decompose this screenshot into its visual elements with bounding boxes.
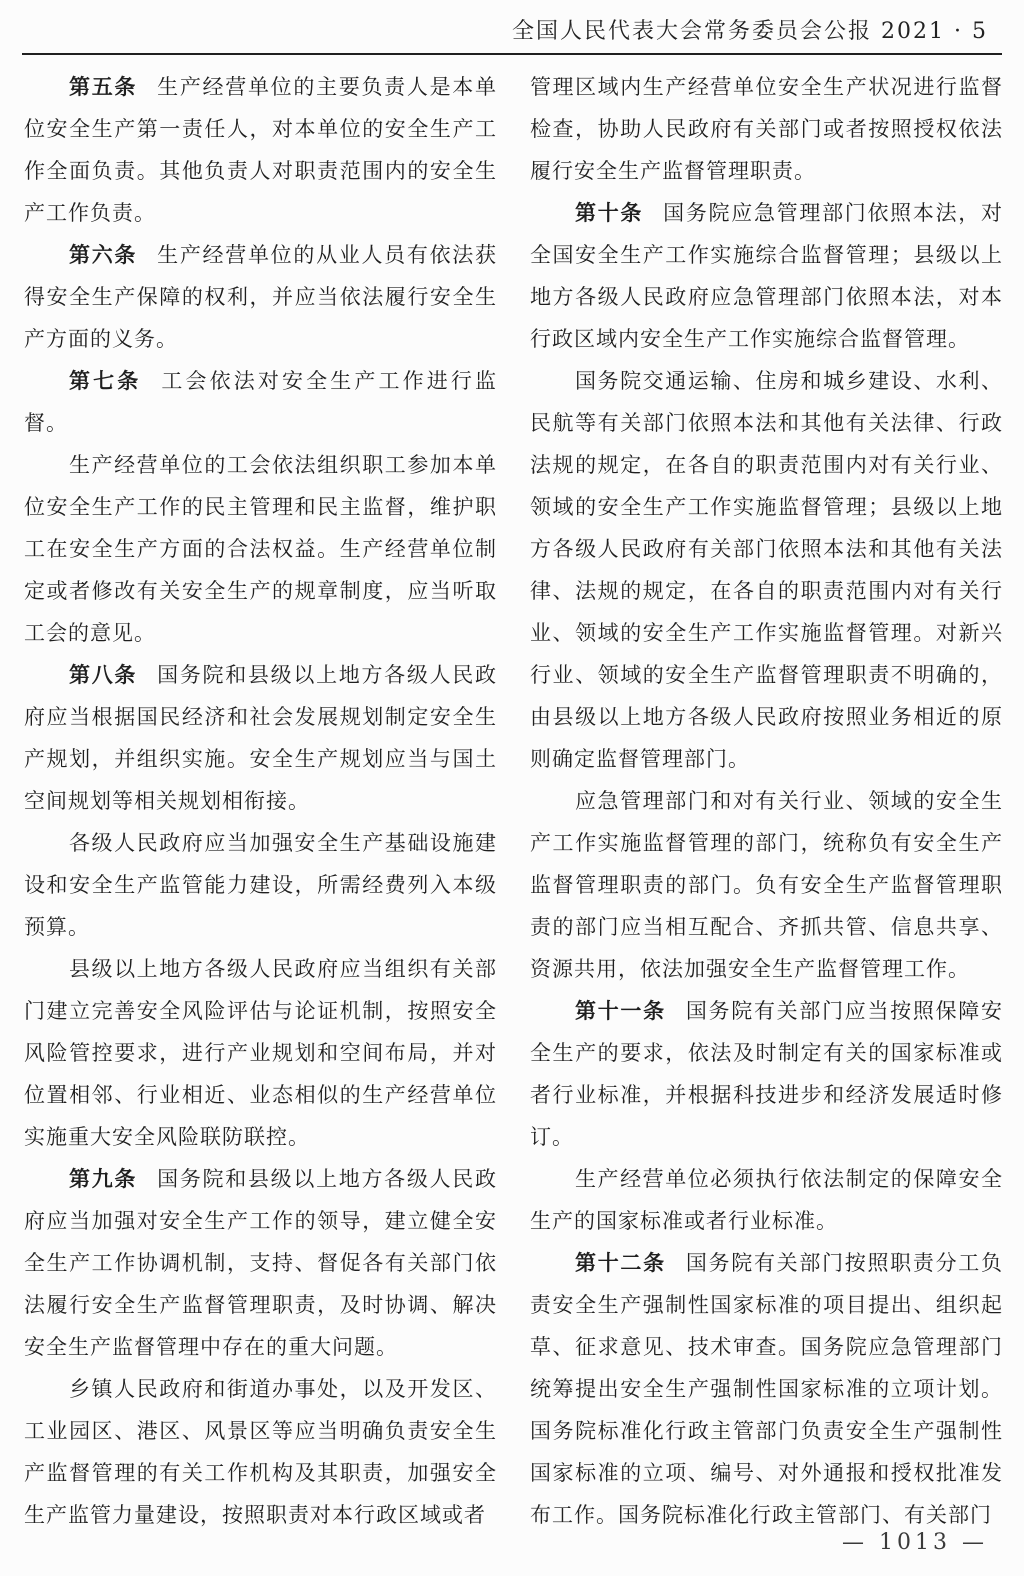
paragraph: 第九条国务院和县级以上地方各级人民政府应当加强对安全生产工作的领导，建立健全安全… xyxy=(24,1158,497,1368)
gazette-page: 全国人民代表大会常务委员会公报 2021 · 5 第五条生产经营单位的主要负责人… xyxy=(0,0,1024,1576)
article-number: 第七条 xyxy=(69,369,141,393)
paragraph-text: 管理区域内生产经营单位安全生产状况进行监督检查，协助人民政府有关部门或者按照授权… xyxy=(530,75,1003,183)
paragraph: 第十一条国务院有关部门应当按照保障安全生产的要求，依法及时制定有关的国家标准或者… xyxy=(530,990,1003,1158)
page-number: — 1013 — xyxy=(842,1528,988,1558)
paragraph: 第十条国务院应急管理部门依照本法，对全国安全生产工作实施综合监督管理；县级以上地… xyxy=(530,192,1003,360)
paragraph: 第八条国务院和县级以上地方各级人民政府应当根据国民经济和社会发展规划制定安全生产… xyxy=(24,654,497,822)
paragraph-text: 生产经营单位的工会依法组织职工参加本单位安全生产工作的民主管理和民主监督，维护职… xyxy=(24,453,497,645)
paragraph: 生产经营单位必须执行依法制定的保障安全生产的国家标准或者行业标准。 xyxy=(530,1158,1003,1242)
paragraph-text: 生产经营单位必须执行依法制定的保障安全生产的国家标准或者行业标准。 xyxy=(530,1167,1003,1233)
paragraph: 第七条工会依法对安全生产工作进行监督。 xyxy=(24,360,497,444)
paragraph-text: 应急管理部门和对有关行业、领域的安全生产工作实施监督管理的部门，统称负有安全生产… xyxy=(530,789,1003,981)
article-number: 第十一条 xyxy=(575,999,666,1023)
article-number: 第十二条 xyxy=(575,1251,666,1275)
right-column: 管理区域内生产经营单位安全生产状况进行监督检查，协助人民政府有关部门或者按照授权… xyxy=(530,66,1003,1536)
paragraph-text: 县级以上地方各级人民政府应当组织有关部门建立完善安全风险评估与论证机制，按照安全… xyxy=(24,957,497,1149)
left-column: 第五条生产经营单位的主要负责人是本单位安全生产第一责任人，对本单位的安全生产工作… xyxy=(24,66,497,1536)
paragraph: 乡镇人民政府和街道办事处，以及开发区、工业园区、港区、风景区等应当明确负责安全生… xyxy=(24,1368,497,1536)
paragraph-text: 各级人民政府应当加强安全生产基础设施建设和安全生产监管能力建设，所需经费列入本级… xyxy=(24,831,497,939)
article-number: 第五条 xyxy=(69,75,137,99)
paragraph: 应急管理部门和对有关行业、领域的安全生产工作实施监督管理的部门，统称负有安全生产… xyxy=(530,780,1003,990)
header-rule xyxy=(22,53,1002,55)
paragraph: 国务院交通运输、住房和城乡建设、水利、民航等有关部门依照本法和其他有关法律、行政… xyxy=(530,360,1003,780)
article-number: 第八条 xyxy=(69,663,137,687)
paragraph: 生产经营单位的工会依法组织职工参加本单位安全生产工作的民主管理和民主监督，维护职… xyxy=(24,444,497,654)
paragraph: 管理区域内生产经营单位安全生产状况进行监督检查，协助人民政府有关部门或者按照授权… xyxy=(530,66,1003,192)
paragraph: 第五条生产经营单位的主要负责人是本单位安全生产第一责任人，对本单位的安全生产工作… xyxy=(24,66,497,234)
paragraph: 各级人民政府应当加强安全生产基础设施建设和安全生产监管能力建设，所需经费列入本级… xyxy=(24,822,497,948)
paragraph-text: 国务院和县级以上地方各级人民政府应当加强对安全生产工作的领导，建立健全安全生产工… xyxy=(24,1167,497,1359)
article-number: 第九条 xyxy=(69,1167,137,1191)
paragraph-text: 国务院有关部门按照职责分工负责安全生产强制性国家标准的项目提出、组织起草、征求意… xyxy=(530,1251,1003,1527)
paragraph-text: 国务院交通运输、住房和城乡建设、水利、民航等有关部门依照本法和其他有关法律、行政… xyxy=(530,369,1003,771)
paragraph: 第六条生产经营单位的从业人员有依法获得安全生产保障的权利，并应当依法履行安全生产… xyxy=(24,234,497,360)
publication-header: 全国人民代表大会常务委员会公报 2021 · 5 xyxy=(512,14,988,45)
article-number: 第六条 xyxy=(69,243,137,267)
paragraph: 县级以上地方各级人民政府应当组织有关部门建立完善安全风险评估与论证机制，按照安全… xyxy=(24,948,497,1158)
text-columns: 第五条生产经营单位的主要负责人是本单位安全生产第一责任人，对本单位的安全生产工作… xyxy=(24,66,1003,1536)
paragraph: 第十二条国务院有关部门按照职责分工负责安全生产强制性国家标准的项目提出、组织起草… xyxy=(530,1242,1003,1536)
article-number: 第十条 xyxy=(575,201,643,225)
paragraph-text: 乡镇人民政府和街道办事处，以及开发区、工业园区、港区、风景区等应当明确负责安全生… xyxy=(24,1377,497,1527)
